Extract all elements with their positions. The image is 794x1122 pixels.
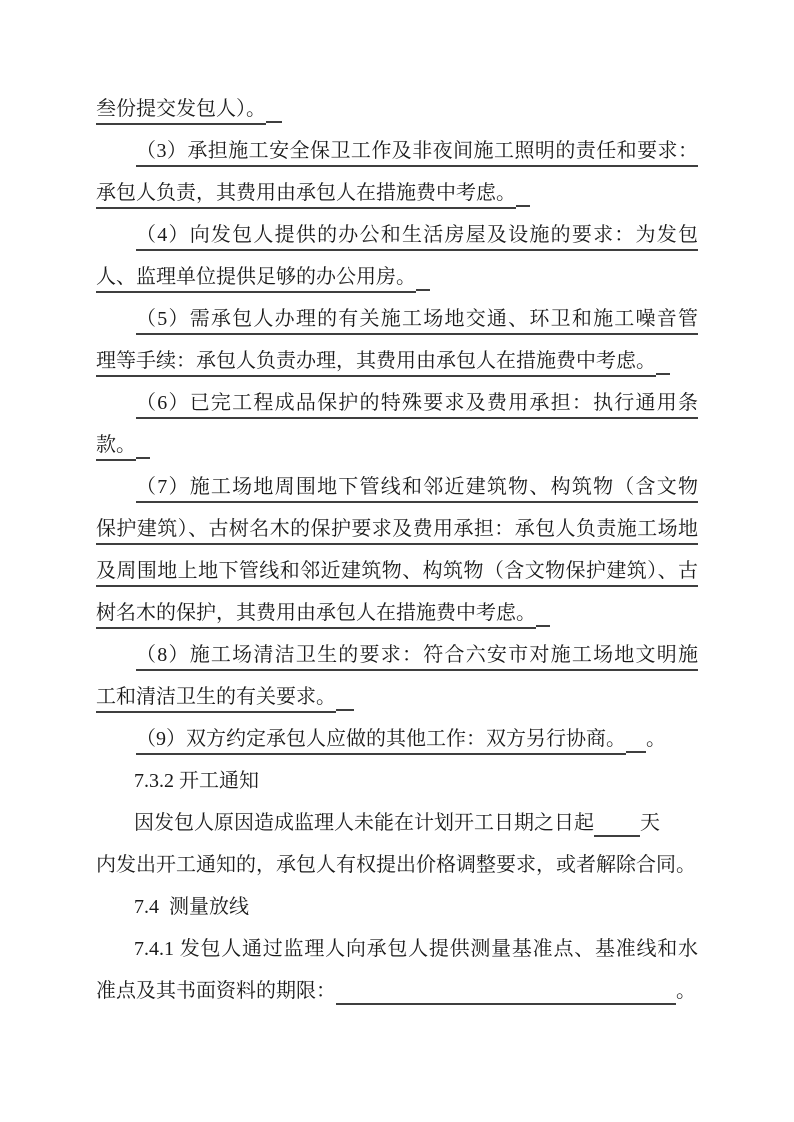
underlined-text-run: 树名木的保护，其费用由承包人在措施费中考虑。 xyxy=(96,602,536,629)
blank-underline-field xyxy=(136,457,150,459)
doc-line-19: 内发出开工通知的，承包人有权提出价格调整要求，或者解除合同。 xyxy=(96,844,698,886)
doc-line-21: 7.4.1 发包人通过监理人向承包人提供测量基准点、基准线和水 xyxy=(96,928,698,970)
text-run: 内发出开工通知的，承包人有权提出价格调整要求，或者解除合同。 xyxy=(96,854,696,876)
text-run: 。 xyxy=(646,728,666,750)
underlined-text-run: （5）需承包人办理的有关施工场地交通、环卫和施工噪音管 xyxy=(136,308,698,335)
text-run: 准点及其书面资料的期限： xyxy=(96,980,336,1002)
underlined-text-run: （4）向发包人提供的办公和生活房屋及设施的要求：为发包 xyxy=(136,224,698,251)
blank-underline-field xyxy=(516,205,530,207)
underlined-text-run: （3）承担施工安全保卫工作及非夜间施工照明的责任和要求： xyxy=(136,140,698,167)
underlined-text-run: （7）施工场地周围地下管线和邻近建筑物、构筑物（含文物 xyxy=(136,476,698,503)
doc-line-1: 叁份提交发包人）。 xyxy=(96,88,698,130)
underlined-text-run: （8）施工场清洁卫生的要求：符合六安市对施工场地文明施 xyxy=(136,644,698,671)
doc-line-3: 承包人负责，其费用由承包人在措施费中考虑。 xyxy=(96,172,698,214)
underlined-text-run: 工和清洁卫生的有关要求。 xyxy=(96,686,336,713)
blank-underline-field xyxy=(656,373,670,375)
text-run: 因发包人原因造成监理人未能在计划开工日期之日起 xyxy=(134,812,594,834)
underlined-text-run: 叁份提交发包人）。 xyxy=(96,98,266,125)
doc-line-4: （4）向发包人提供的办公和生活房屋及设施的要求：为发包 xyxy=(96,214,698,256)
doc-line-2: （3）承担施工安全保卫工作及非夜间施工照明的责任和要求： xyxy=(96,130,698,172)
doc-line-15: 工和清洁卫生的有关要求。 xyxy=(96,676,698,718)
underlined-text-run: （9）双方约定承包人应做的其他工作：双方另行协商。 xyxy=(136,728,626,755)
doc-line-10: （7）施工场地周围地下管线和邻近建筑物、构筑物（含文物 xyxy=(96,466,698,508)
text-run: 7.4 测量放线 xyxy=(134,896,249,918)
contract-document-page: 叁份提交发包人）。（3）承担施工安全保卫工作及非夜间施工照明的责任和要求：承包人… xyxy=(0,0,794,1122)
underlined-text-run: 保护建筑）、古树名木的保护要求及费用承担：承包人负责施工场地 xyxy=(96,518,698,545)
blank-underline-field xyxy=(416,289,430,291)
doc-line-20: 7.4 测量放线 xyxy=(96,886,698,928)
doc-line-13: 树名木的保护，其费用由承包人在措施费中考虑。 xyxy=(96,592,698,634)
doc-line-11: 保护建筑）、古树名木的保护要求及费用承担：承包人负责施工场地 xyxy=(96,508,698,550)
blank-underline-field xyxy=(266,121,282,123)
blank-underline-field xyxy=(536,625,550,627)
underlined-text-run: 款。 xyxy=(96,434,136,461)
doc-line-9: 款。 xyxy=(96,424,698,466)
blank-underline-field xyxy=(336,709,354,711)
doc-line-12: 及周围地上地下管线和邻近建筑物、构筑物（含文物保护建筑）、古 xyxy=(96,550,698,592)
doc-line-6: （5）需承包人办理的有关施工场地交通、环卫和施工噪音管 xyxy=(96,298,698,340)
text-run: 天 xyxy=(640,812,660,834)
underlined-text-run: 承包人负责，其费用由承包人在措施费中考虑。 xyxy=(96,182,516,209)
underlined-text-run: 人、监理单位提供足够的办公用房。 xyxy=(96,266,416,293)
doc-line-5: 人、监理单位提供足够的办公用房。 xyxy=(96,256,698,298)
text-run: 7.3.2 开工通知 xyxy=(134,770,259,792)
blank-underline-field xyxy=(626,751,646,753)
doc-line-18: 因发包人原因造成监理人未能在计划开工日期之日起天 xyxy=(96,802,698,844)
doc-line-22: 准点及其书面资料的期限：。 xyxy=(96,970,698,1012)
underlined-text-run: 及周围地上地下管线和邻近建筑物、构筑物（含文物保护建筑）、古 xyxy=(96,560,698,587)
doc-line-14: （8）施工场清洁卫生的要求：符合六安市对施工场地文明施 xyxy=(96,634,698,676)
text-run: 7.4.1 发包人通过监理人向承包人提供测量基准点、基准线和水 xyxy=(134,938,698,960)
doc-line-8: （6）已完工程成品保护的特殊要求及费用承担：执行通用条 xyxy=(96,382,698,424)
underlined-text-run: （6）已完工程成品保护的特殊要求及费用承担：执行通用条 xyxy=(136,392,698,419)
doc-line-17: 7.3.2 开工通知 xyxy=(96,760,698,802)
blank-underline-field xyxy=(336,1003,676,1005)
blank-underline-field xyxy=(594,835,640,837)
text-run: 。 xyxy=(676,980,696,1002)
underlined-text-run: 理等手续：承包人负责办理，其费用由承包人在措施费中考虑。 xyxy=(96,350,656,377)
doc-line-16: （9）双方约定承包人应做的其他工作：双方另行协商。。 xyxy=(96,718,698,760)
doc-line-7: 理等手续：承包人负责办理，其费用由承包人在措施费中考虑。 xyxy=(96,340,698,382)
